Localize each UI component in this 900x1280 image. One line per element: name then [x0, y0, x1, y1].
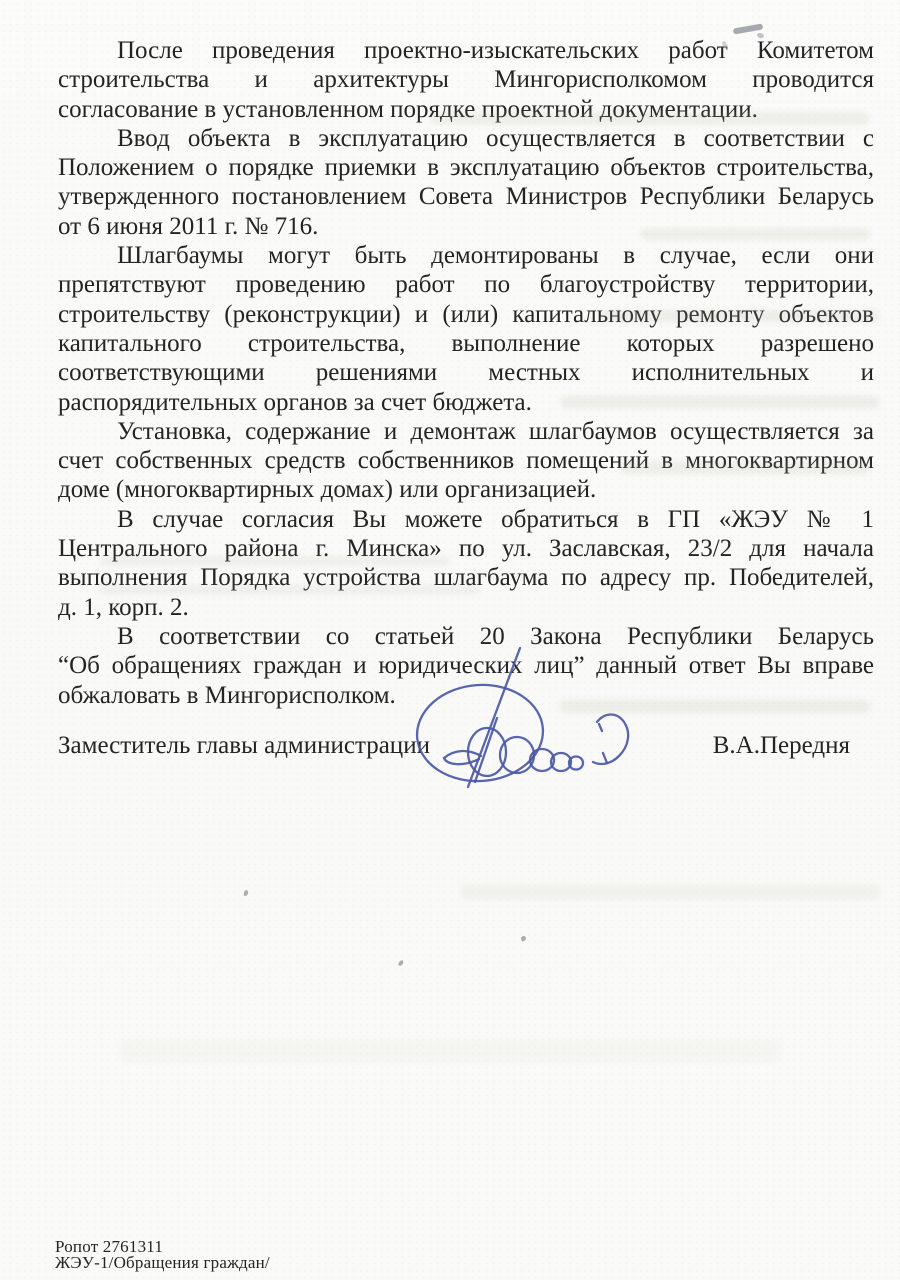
paragraph-1-line-3: согласование в установленном порядке про… [58, 95, 874, 124]
paragraph-2-line-3: утвержденного постановлением Совета Мини… [58, 182, 874, 211]
paragraph-2-line-1: Ввод объекта в эксплуатацию осуществляет… [58, 124, 874, 153]
paragraph-1-line-1: После проведения проектно-изыскательских… [58, 36, 874, 65]
scan-speck [243, 890, 248, 897]
paragraph-6-line-3: обжаловать в Мингорисполком. [58, 681, 874, 710]
paragraph-4-line-1: Установка, содержание и демонтаж шлагбау… [58, 417, 874, 446]
paragraph-5-line-4: д. 1, корп. 2. [58, 593, 874, 622]
bleed-through-ghost [460, 884, 880, 900]
scan-smudge [733, 23, 764, 34]
bleed-through-ghost [120, 1040, 780, 1062]
paragraph-3-line-4: капитального строительства, выполнение к… [58, 329, 874, 358]
signer-name: В.А.Передня [713, 731, 850, 761]
signature-row: Заместитель главы администрации В.А.Пере… [58, 731, 874, 761]
scanned-letter-page: После проведения проектно-изыскательских… [0, 0, 900, 1280]
paragraph-5-line-1: В случае согласия Вы можете обратиться в… [58, 505, 874, 534]
footer-case-reference-line: ЖЭУ-1/Обращения граждан/ [55, 1255, 270, 1271]
paragraph-5-line-2: Центрального района г. Минска» по ул. За… [58, 534, 874, 563]
footer-reference-block: Ропот 2761311 ЖЭУ-1/Обращения граждан/ [55, 1239, 270, 1270]
paragraph-3-line-5: соответствующими решениями местных испол… [58, 358, 874, 387]
paragraph-6-line-2: “Об обращениях граждан и юридических лиц… [58, 651, 874, 680]
scan-speck [520, 935, 527, 942]
paragraph-4-line-2: счет собственных средств собственников п… [58, 446, 874, 475]
paragraph-6-line-1: В соответствии со статьей 20 Закона Респ… [58, 622, 874, 651]
paragraph-3-line-3: строительству (реконструкции) и (или) ка… [58, 300, 874, 329]
paragraph-3-line-6: распорядительных органов за счет бюджета… [58, 388, 874, 417]
paragraph-2-line-4: от 6 июня 2011 г. № 716. [58, 212, 874, 241]
paragraph-1-line-2: строительства и архитектуры Мингорисполк… [58, 65, 874, 94]
signer-position-title: Заместитель главы администрации [58, 731, 430, 761]
paragraph-5-line-3: выполнения Порядка устройства шлагбаума … [58, 563, 874, 592]
paragraph-2-line-2: Положением о порядке приемки в эксплуата… [58, 153, 874, 182]
paragraph-4-line-3: доме (многоквартирных домах) или организ… [58, 475, 874, 504]
letter-body: После проведения проектно-изыскательских… [58, 36, 874, 710]
paragraph-3-line-2: препятствуют проведению работ по благоус… [58, 270, 874, 299]
scan-speck [398, 959, 404, 966]
paragraph-3-line-1: Шлагбаумы могут быть демонтированы в слу… [58, 241, 874, 270]
